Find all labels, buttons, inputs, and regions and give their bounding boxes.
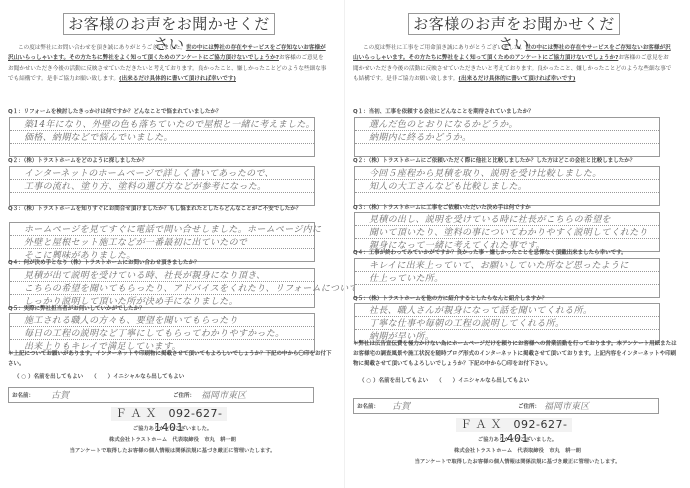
intro-text: この度は弊社にお問い合わせを頂き誠にありがとうございました。 <box>18 45 186 51</box>
name-value[interactable]: 古賀 <box>392 399 410 412</box>
question-2-label: Q２：（株）トラストホームをどのように探しましたか？ <box>8 157 333 166</box>
answer-5-box: 施工される職人の方々も、要望を聞いてもらったり 毎日の工程の説明など丁寧にしても… <box>9 313 315 353</box>
answer-line: 仕上っていた所。 <box>369 271 443 284</box>
answer-line: 毎日の工程の説明など丁寧にしてもらってわかりやすかった。 <box>24 326 284 339</box>
address-value[interactable]: 福岡市東区 <box>544 399 589 412</box>
fax-label: ＦＡＸ <box>116 407 161 420</box>
answer-line: 外壁と屋根セット施工などが一番最初に出ていたので <box>24 235 247 248</box>
name-label: お名前： <box>12 391 34 399</box>
answer-2-box: インターネットのホームページで詳しく書いてあったので、 工事の流れ、塗り方、塗料… <box>9 166 315 206</box>
question-4-label: Q４：工事が終わってみていかがですか？良かった事・嫌しかったことを忌憚なく頂戴出… <box>353 249 678 258</box>
answer-line: 施工される職人の方々も、要望を聞いてもらったり <box>24 313 238 326</box>
answer-line: こちらの希望を聞いてもらったり、アドバイスをくれたり、リフォームについて <box>24 281 358 294</box>
footer-thanks: ご協力ありがとうございました。 <box>0 424 345 434</box>
intro-paragraph: この度は弊社にお問い合わせを頂き誠にありがとうございました。世の中には弊社の存在… <box>8 43 328 85</box>
question-1-label: Q１：リフォームを検討したきっかけは何ですか？どんなことで悩まれていましたか？ <box>8 108 333 117</box>
answer-5-box: 社長、職人さんが親身になって話を聞いてくれる所。 丁寧な仕事や毎朝の工程の説明し… <box>354 303 660 343</box>
answer-line: 見積の出し、説明を受けている時に社長がこちらの希望を <box>369 212 611 225</box>
name-value[interactable]: 古賀 <box>51 388 69 401</box>
fax-banner: ＦＡＸ092-627-1401 <box>111 407 227 421</box>
address-label: ご住所： <box>518 402 540 410</box>
answer-line: 築14年になり、外壁の色も落ちていたので屋根と一緒に考えました。 <box>24 117 315 130</box>
answer-3-box: 見積の出し、説明を受けている時に社長がこちらの希望を 聞いて頂いたり、塗料の事に… <box>354 212 660 252</box>
choice-initial-ok[interactable]: （ ）イニシャルなら出してもよい <box>436 378 529 384</box>
page-title: お客様のお声をお聞かせください <box>63 13 275 35</box>
footer-thanks: ご協力ありがとうございました。 <box>345 435 690 445</box>
footer-privacy: 当アンケートで取得したお客様の個人情報は関係法規に基づき厳正に管理いたします。 <box>0 446 345 456</box>
name-label: お名前： <box>357 402 379 410</box>
address-value[interactable]: 福岡市東区 <box>201 388 246 401</box>
answer-line: 納期内に終るかどうか。 <box>369 130 471 143</box>
choice-name-ok[interactable]: （ ○ ）名前を出してもよい <box>359 378 428 384</box>
answer-line: 丁寧な仕事や毎朝の工程の説明してくれる所。 <box>369 316 564 329</box>
answer-line: 知人の大工さんなども比較しました。 <box>369 179 527 192</box>
answer-3-box: ホームページを見てすぐに電話で問い合せしました。ホームページ内に 外壁と屋根セッ… <box>9 222 315 262</box>
answer-line: 工事の流れ、塗り方、塗料の選び方などが参考になった。 <box>24 179 266 192</box>
question-2-label: Q２：（株）トラストホームにご依頼いただく際に他社と比較しましたか？した方はどこ… <box>353 157 678 166</box>
answer-4-box: キレイに出来上っていて、お願いしていた所など思ったように 仕上っていた所。 <box>354 258 660 298</box>
fax-banner: ＦＡＸ092-627-1401 <box>456 418 572 432</box>
page-title: お客様のお声をお聞かせください <box>408 13 620 35</box>
answer-4-box: 見積が出て説明を受けている時、社長が親身になり頂き、 こちらの希望を聞いてもらっ… <box>9 268 315 308</box>
permission-note: ＊弊社は広告宣伝費を極力かけない為にホームページだけを頼りにお客様への営業活動を… <box>353 339 678 369</box>
answer-line: 社長、職人さんが親身になって話を聞いてくれる所。 <box>369 303 592 316</box>
footer-company: 株式会社トラストホーム 代表取締役 市丸 耕一朗 <box>345 446 690 456</box>
publish-choices: （ ○ ）名前を出してもよい （ ）イニシャルなら出してもよい <box>359 376 535 384</box>
answer-line: 価格、納期などで悩んでいました。 <box>24 130 173 143</box>
choice-initial-ok[interactable]: （ ）イニシャルなら出してもよい <box>91 374 184 380</box>
survey-page-left: お客様のお声をお聞かせください この度は弊社にお問い合わせを頂き誠にありがとうご… <box>0 0 345 488</box>
answer-line: インターネットのホームページで詳しく書いてあったので、 <box>24 166 274 179</box>
answer-1-box: 築14年になり、外壁の色も落ちていたので屋根と一緒に考えました。 価格、納期など… <box>9 117 315 157</box>
survey-page-right: お客様のお声をお聞かせください この度は弊社に工事をご用命頂き誠にありがとうござ… <box>345 0 690 488</box>
answer-2-box: 今回５座程から見積を取り、説明を受け比較しました。 知人の大工さんなども比較しま… <box>354 166 660 206</box>
answer-line: 今回５座程から見積を取り、説明を受け比較しました。 <box>369 166 602 179</box>
footer-privacy: 当アンケートで取得したお客様の個人情報は関係法規に基づき厳正に管理いたします。 <box>345 457 690 467</box>
address-label: ご住所： <box>173 391 195 399</box>
answer-line: 選んだ色のとおりになるかどうか。 <box>369 117 518 130</box>
question-4-label: Q４：何が決め手となり（株）トラストホームにお問い合わせ頂きましたか？ <box>8 259 333 268</box>
publish-choices: （ ○ ）名前を出してもよい （ ）イニシャルなら出してもよい <box>14 372 190 380</box>
intro-paragraph: この度は弊社に工事をご用命頂き誠にありがとうございました。世の中には弊社の存在や… <box>353 43 673 85</box>
footer-company: 株式会社トラストホーム 代表取締役 市丸 耕一朗 <box>0 435 345 445</box>
intro-text: この度は弊社に工事をご用命頂き誠にありがとうございました。 <box>363 45 525 51</box>
question-1-label: Q１：当初、工事を依頼する会社にどんなことを期待されていましたか？ <box>353 108 678 117</box>
question-3-label: Q３：（株）トラストホームを知りすぐにお問合せ頂けましたか？もし悩まれたとしたら… <box>8 205 333 214</box>
answer-line: 見積が出て説明を受けている時、社長が親身になり頂き、 <box>24 268 265 281</box>
name-address-box: お名前： 古賀 ご住所： 福岡市東区 <box>8 387 314 403</box>
answer-line: 聞いて頂いたり、塗料の事についてわかりやすく説明してくれたり <box>369 225 648 238</box>
name-address-box: お名前： 古賀 ご住所： 福岡市東区 <box>353 398 659 414</box>
choice-name-ok[interactable]: （ ○ ）名前を出してもよい <box>14 374 83 380</box>
intro-emphasis-2: (出来るだけ具体的に書いて頂ければ幸いです) <box>458 76 575 82</box>
answer-line: ホームページを見てすぐに電話で問い合せしました。ホームページ内に <box>24 222 321 235</box>
answer-1-box: 選んだ色のとおりになるかどうか。 納期内に終るかどうか。 <box>354 117 660 157</box>
permission-note: ＊上記についてお願いがあります。インターネットや印刷物に掲載させて頂いてもよろし… <box>8 349 333 369</box>
answer-line: キレイに出来上っていて、お願いしていた所など思ったように <box>369 258 629 271</box>
intro-emphasis-2: (出来るだけ具体的に書いて頂ければ幸いです) <box>119 76 236 82</box>
fax-label: ＦＡＸ <box>461 418 506 431</box>
